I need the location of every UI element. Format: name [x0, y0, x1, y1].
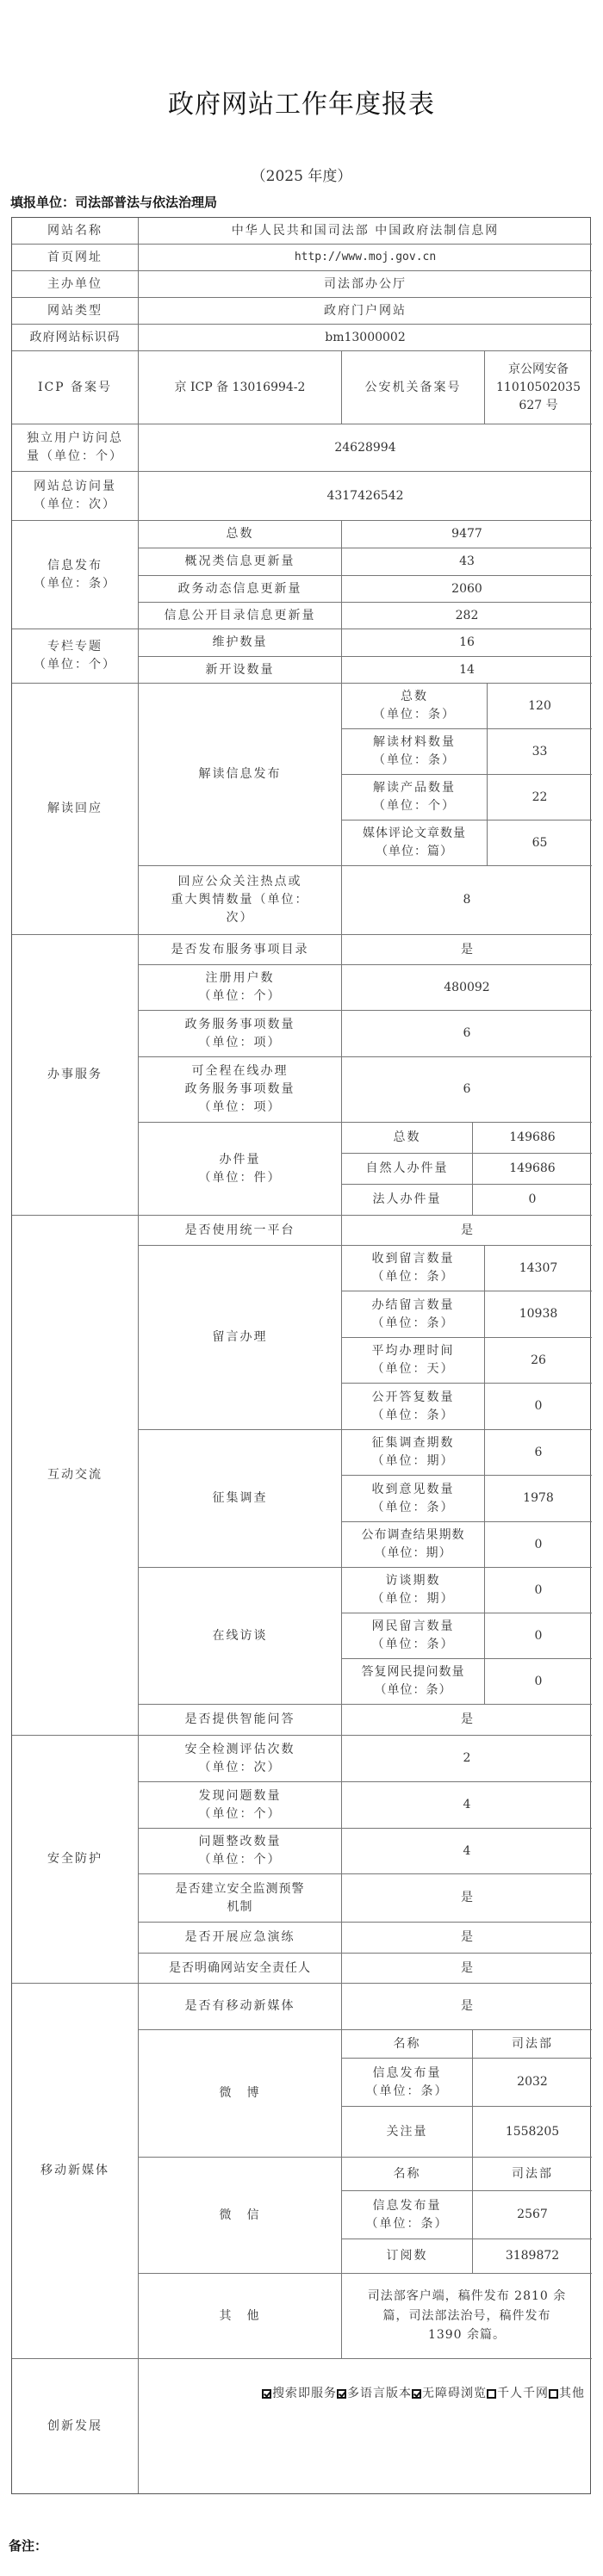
message-row-value: 14307 [485, 1246, 592, 1291]
checkbox-label: 多语言版本 [347, 2385, 412, 2403]
interview-row-value: 0 [485, 1613, 592, 1659]
wechat-row-value: 2567 [473, 2191, 592, 2239]
checkbox-personalized[interactable]: 千人千网 [487, 2385, 549, 2403]
wechat-row-label: 信息发布量 （单位：条） [342, 2191, 473, 2239]
interpret-row-label: 总数 （单位：条） [342, 684, 488, 729]
cases-row-label: 总数 [342, 1123, 473, 1154]
security-row-value: 是 [342, 1923, 592, 1954]
site-name-value: 中华人民共和国司法部 中国政府法制信息网 [139, 218, 592, 245]
survey-row-label: 征集调查期数 （单位：期） [342, 1430, 485, 1476]
checkbox-search-service[interactable]: 搜索即服务 [262, 2385, 337, 2403]
info-publish-row-value: 9477 [342, 521, 592, 548]
info-publish-row-label: 总数 [139, 521, 342, 548]
interview-row-value: 0 [485, 1568, 592, 1613]
checked-box-icon [412, 2389, 421, 2399]
other-media-label: 其 他 [139, 2274, 342, 2359]
service-catalog-value: 是 [342, 935, 592, 965]
security-row-value: 是 [342, 1954, 592, 1984]
security-row-label: 发现问题数量 （单位：个） [139, 1782, 342, 1829]
page-title: 政府网站工作年度报表 [0, 83, 603, 121]
checkbox-label: 无障碍浏览 [422, 2385, 487, 2403]
message-row-label: 平均办理时间 （单位：天） [342, 1338, 485, 1384]
message-handling-label: 留言办理 [139, 1246, 342, 1430]
innovation-checkbox-group: 搜索即服务 多语言版本 无障碍浏览 千人千网 其他 [262, 2385, 585, 2403]
registered-users-label: 注册用户数 （单位：个） [139, 965, 342, 1011]
cases-row-label: 自然人办件量 [342, 1154, 473, 1185]
weibo-row-value: 1558205 [473, 2107, 592, 2158]
security-label: 安全防护 [12, 1736, 139, 1984]
wechat-label: 微 信 [139, 2158, 342, 2274]
cases-row-value: 149686 [473, 1154, 592, 1185]
checked-box-icon [262, 2389, 271, 2399]
total-visits-value: 4317426542 [139, 472, 592, 521]
response-label: 回应公众关注热点或 重大舆情数量（单位： 次） [139, 866, 342, 935]
site-type-label: 网站类型 [12, 298, 139, 325]
info-publish-row-label: 概况类信息更新量 [139, 548, 342, 576]
has-media-value: 是 [342, 1984, 592, 2030]
info-publish-row-value: 43 [342, 548, 592, 576]
security-row-label: 安全检测评估次数 （单位：次） [139, 1736, 342, 1782]
homepage-link[interactable]: http://www.moj.gov.cn [139, 245, 592, 271]
message-row-value: 0 [485, 1384, 592, 1430]
site-code-value: bm13000002 [139, 325, 592, 351]
message-row-value: 26 [485, 1338, 592, 1384]
interpret-row-value: 33 [488, 729, 592, 775]
fill-unit: 填报单位：司法部普法与依法治理局 [10, 193, 217, 211]
online-items-label: 可全程在线办理 政务服务事项数量 （单位：项） [139, 1057, 342, 1123]
online-items-value: 6 [342, 1057, 592, 1123]
survey-row-value: 1978 [485, 1476, 592, 1522]
security-row-value: 4 [342, 1782, 592, 1829]
checkbox-other[interactable]: 其他 [549, 2385, 585, 2403]
survey-row-label: 收到意见数量 （单位：条） [342, 1476, 485, 1522]
police-record-value: 京公网安备 11010502035 627 号 [485, 351, 592, 424]
icp-label: ICP 备案号 [12, 351, 139, 424]
other-media-value: 司法部客户端，稿件发布 2810 余 篇，司法部法治号，稿件发布 1390 余篇… [342, 2274, 592, 2359]
total-visits-label: 网站总访问量 （单位：次） [12, 472, 139, 521]
interpret-row-value: 65 [488, 820, 592, 866]
security-row-value: 是 [342, 1874, 592, 1923]
checkbox-label: 千人千网 [497, 2385, 549, 2403]
unchecked-box-icon [549, 2389, 558, 2399]
interpret-row-value: 120 [488, 684, 592, 729]
registered-users-value: 480092 [342, 965, 592, 1011]
wechat-row-label: 名称 [342, 2158, 473, 2191]
survey-row-label: 公布调查结果期数 （单位：期） [342, 1522, 485, 1568]
site-name-label: 网站名称 [12, 218, 139, 245]
info-publish-row-label: 政务动态信息更新量 [139, 576, 342, 603]
platform-label: 是否使用统一平台 [139, 1216, 342, 1246]
interpret-publish-label: 解读信息发布 [139, 684, 342, 866]
columns-row-value: 16 [342, 629, 592, 657]
message-row-label: 办结留言数量 （单位：条） [342, 1291, 485, 1338]
innovation-options: 搜索即服务 多语言版本 无障碍浏览 千人千网 其他 [139, 2359, 592, 2493]
wechat-row-value: 司法部 [473, 2158, 592, 2191]
unchecked-box-icon [487, 2389, 496, 2399]
survey-label: 征集调查 [139, 1430, 342, 1568]
cases-label: 办件量 （单位：件） [139, 1123, 342, 1216]
unique-visitors-label: 独立用户访问总 量（单位：个） [12, 424, 139, 472]
site-code-label: 政府网站标识码 [12, 325, 139, 351]
weibo-row-label: 信息发布量 （单位：条） [342, 2059, 473, 2107]
security-row-label: 问题整改数量 （单位：个） [139, 1829, 342, 1874]
weibo-row-value: 司法部 [473, 2030, 592, 2059]
security-row-value: 4 [342, 1829, 592, 1874]
message-row-value: 10938 [485, 1291, 592, 1338]
wechat-row-label: 订阅数 [342, 2239, 473, 2274]
checked-box-icon [337, 2389, 346, 2399]
sponsor-value: 司法部办公厅 [139, 271, 592, 298]
interview-label: 在线访谈 [139, 1568, 342, 1705]
security-row-label: 是否开展应急演练 [139, 1923, 342, 1954]
response-value: 8 [342, 866, 592, 935]
columns-label: 专栏专题 （单位：个） [12, 629, 139, 684]
service-catalog-label: 是否发布服务事项目录 [139, 935, 342, 965]
weibo-row-value: 2032 [473, 2059, 592, 2107]
columns-row-label: 维护数量 [139, 629, 342, 657]
unique-visitors-value: 24628994 [139, 424, 592, 472]
platform-value: 是 [342, 1216, 592, 1246]
columns-row-value: 14 [342, 657, 592, 684]
site-type-value: 政府门户网站 [139, 298, 592, 325]
cases-row-value: 0 [473, 1185, 592, 1216]
security-row-label: 是否建立安全监测预警 机制 [139, 1874, 342, 1923]
security-row-label: 是否明确网站安全责任人 [139, 1954, 342, 1984]
checkbox-label: 其他 [559, 2385, 585, 2403]
wechat-row-value: 3189872 [473, 2239, 592, 2274]
interview-row-label: 访谈期数 （单位：期） [342, 1568, 485, 1613]
columns-row-label: 新开设数量 [139, 657, 342, 684]
survey-row-value: 6 [485, 1430, 592, 1476]
cases-row-value: 149686 [473, 1123, 592, 1154]
interview-row-value: 0 [485, 1659, 592, 1705]
info-publish-label: 信息发布 （单位：条） [12, 521, 139, 629]
report-table: 网站名称 中华人民共和国司法部 中国政府法制信息网 首页网址 http://ww… [11, 217, 591, 2494]
weibo-label: 微 博 [139, 2030, 342, 2158]
innovation-label: 创新发展 [12, 2359, 139, 2493]
smart-qa-label: 是否提供智能问答 [139, 1705, 342, 1736]
checkbox-accessibility[interactable]: 无障碍浏览 [412, 2385, 487, 2403]
security-row-value: 2 [342, 1736, 592, 1782]
police-record-label: 公安机关备案号 [342, 351, 485, 424]
interpret-row-value: 22 [488, 775, 592, 820]
checkbox-multilingual[interactable]: 多语言版本 [337, 2385, 412, 2403]
interpret-row-label: 解读产品数量 （单位：个） [342, 775, 488, 820]
icp-value: 京 ICP 备 13016994-2 [139, 351, 342, 424]
info-publish-row-value: 282 [342, 603, 592, 629]
media-label: 移动新媒体 [12, 1984, 139, 2359]
survey-row-value: 0 [485, 1522, 592, 1568]
weibo-row-label: 名称 [342, 2030, 473, 2059]
report-year: （2025 年度） [0, 164, 603, 185]
weibo-row-label: 关注量 [342, 2107, 473, 2158]
cases-row-label: 法人办件量 [342, 1185, 473, 1216]
info-publish-row-label: 信息公开目录信息更新量 [139, 603, 342, 629]
interpret-label: 解读回应 [12, 684, 139, 935]
service-items-label: 政务服务事项数量 （单位：项） [139, 1011, 342, 1057]
smart-qa-value: 是 [342, 1705, 592, 1736]
service-label: 办事服务 [12, 935, 139, 1216]
remark-label: 备注： [9, 2536, 47, 2554]
interview-row-label: 网民留言数量 （单位：条） [342, 1613, 485, 1659]
has-media-label: 是否有移动新媒体 [139, 1984, 342, 2030]
message-row-label: 公开答复数量 （单位：条） [342, 1384, 485, 1430]
interview-row-label: 答复网民提问数量 （单位：条） [342, 1659, 485, 1705]
sponsor-label: 主办单位 [12, 271, 139, 298]
message-row-label: 收到留言数量 （单位：条） [342, 1246, 485, 1291]
homepage-label: 首页网址 [12, 245, 139, 271]
interpret-row-label: 媒体评论文章数量 （单位：篇） [342, 820, 488, 866]
info-publish-row-value: 2060 [342, 576, 592, 603]
service-items-value: 6 [342, 1011, 592, 1057]
interaction-label: 互动交流 [12, 1216, 139, 1736]
interpret-row-label: 解读材料数量 （单位：条） [342, 729, 488, 775]
checkbox-label: 搜索即服务 [272, 2385, 337, 2403]
